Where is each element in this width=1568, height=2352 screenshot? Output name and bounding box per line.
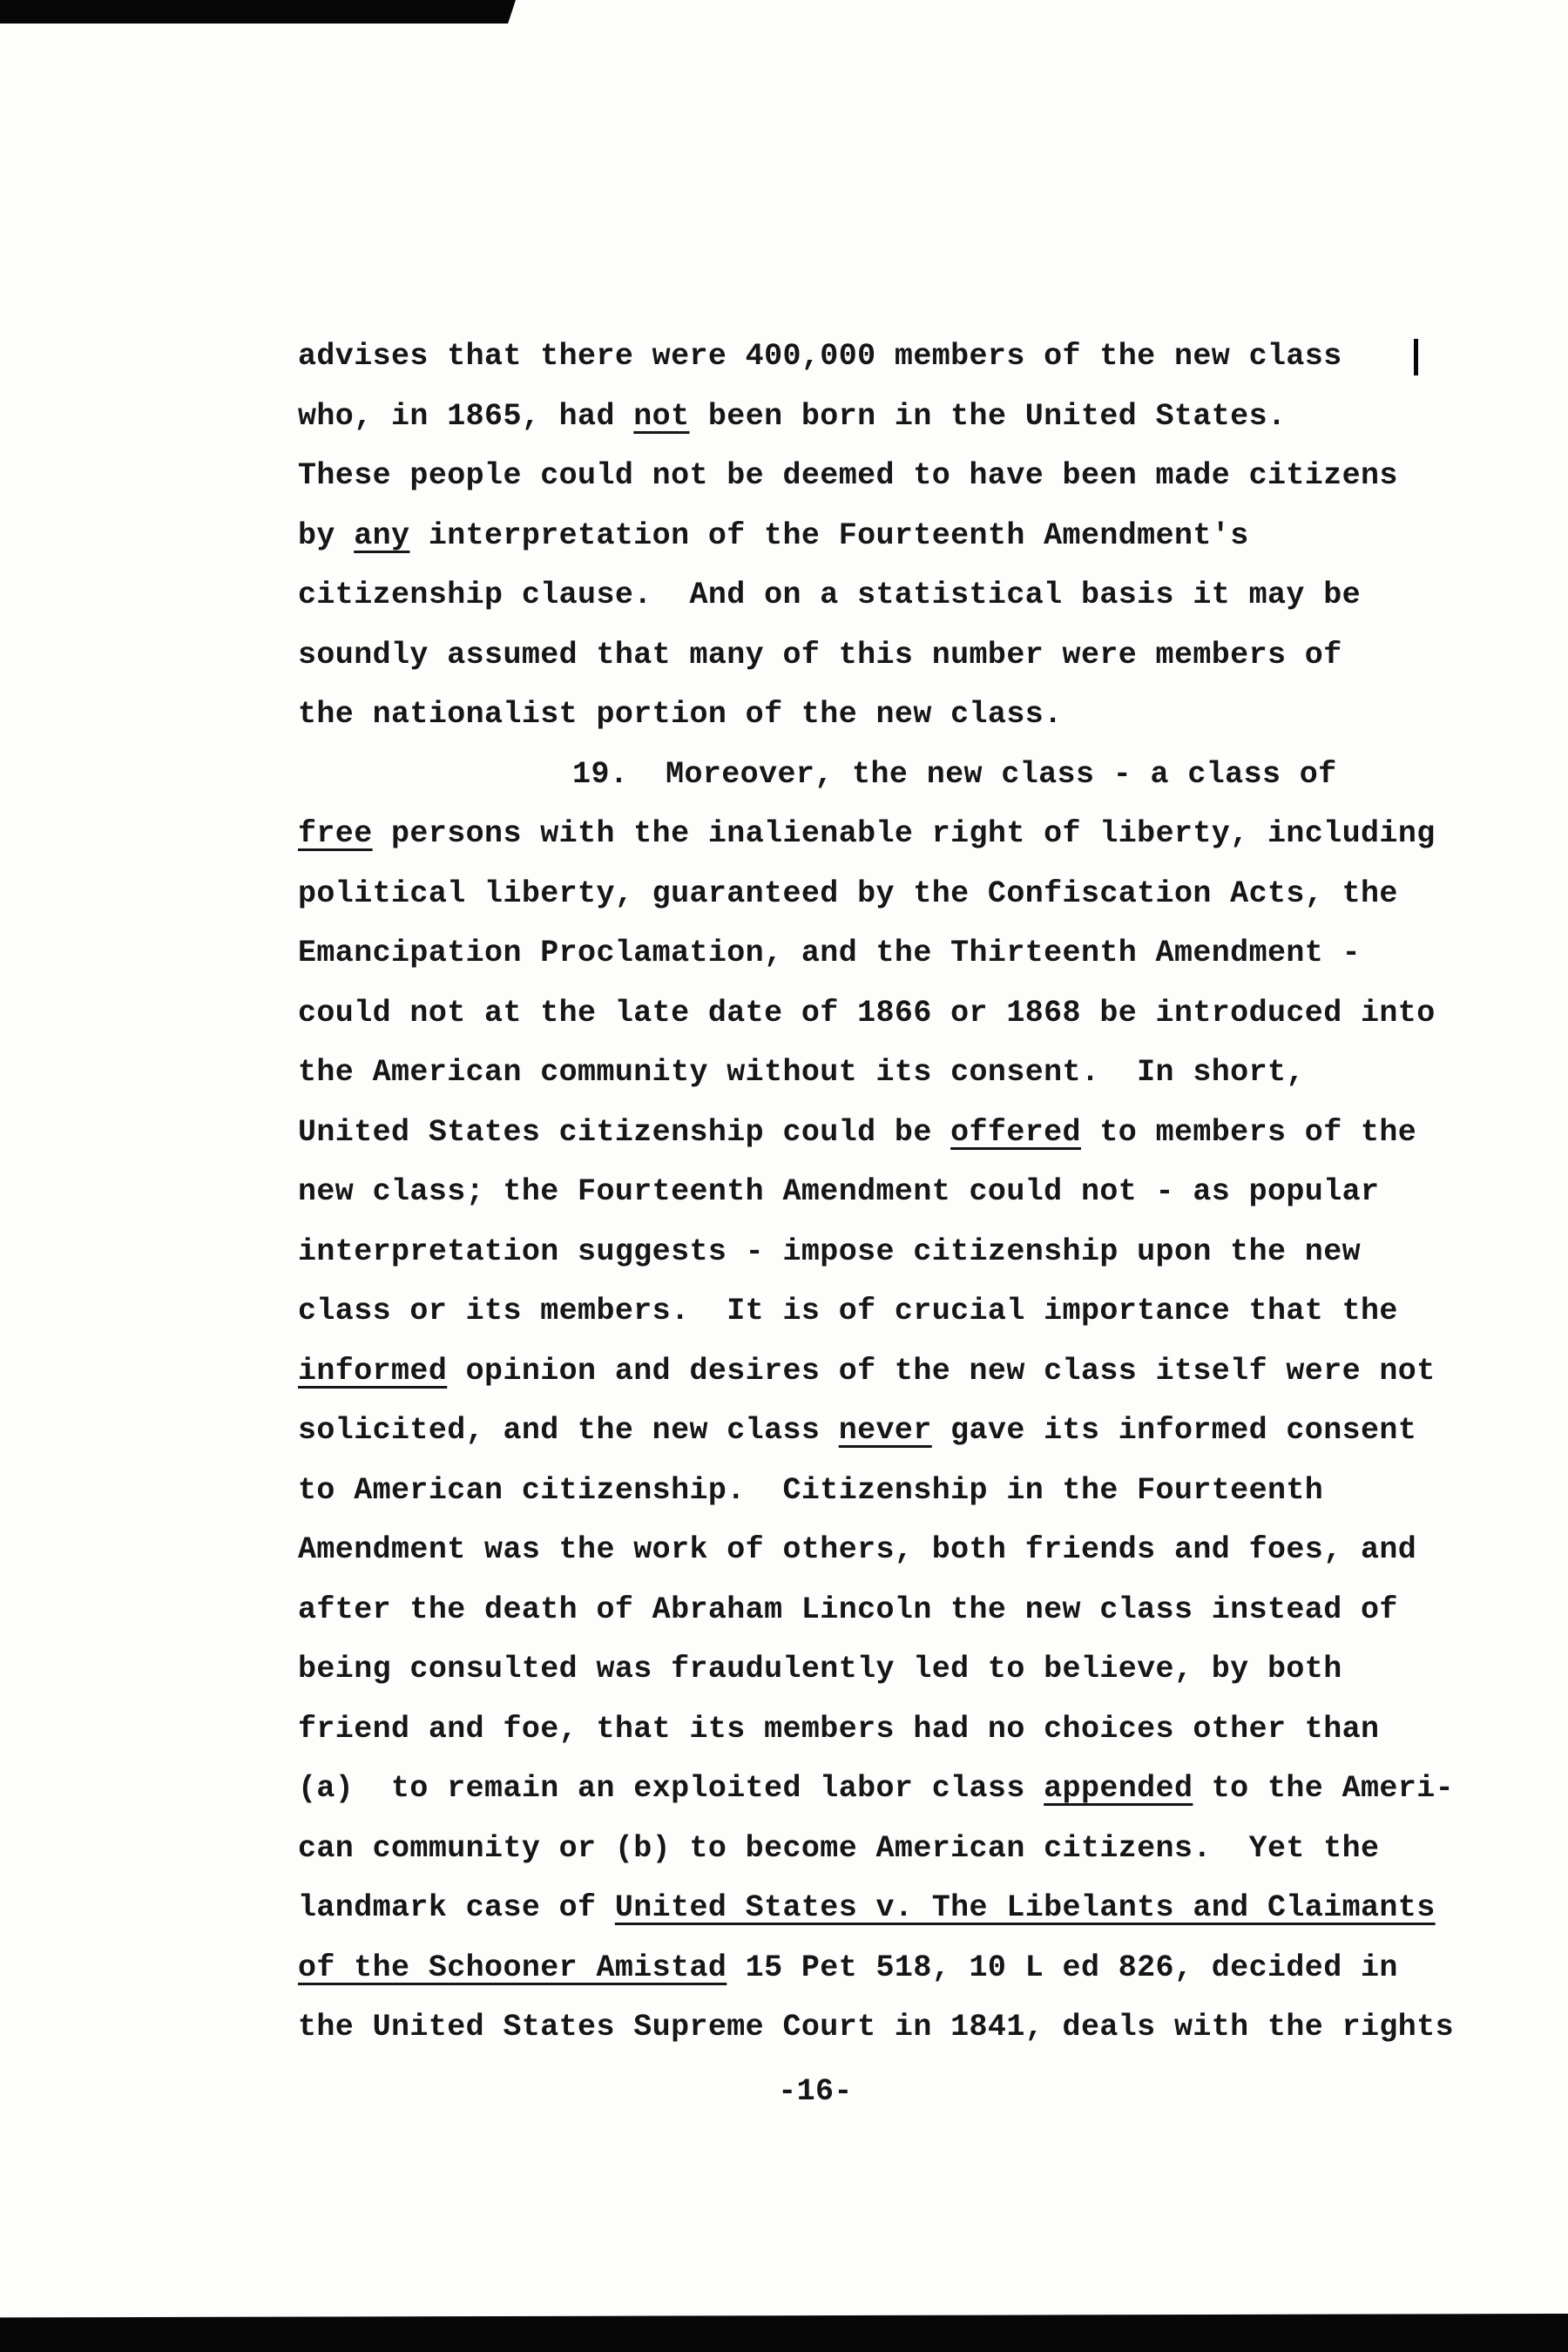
text-segment: to American citizenship. Citizenship in … bbox=[298, 1473, 1323, 1508]
scan-artifact-top-bar bbox=[0, 0, 516, 24]
text-segment: United States citizenship could be bbox=[298, 1115, 950, 1150]
underlined-text-segment: United States v. The Libelants and Claim… bbox=[615, 1890, 1436, 1925]
text-line: free persons with the inalienable right … bbox=[298, 804, 1483, 864]
underlined-text-segment: never bbox=[839, 1413, 932, 1448]
text-line: landmark case of United States v. The Li… bbox=[298, 1878, 1483, 1938]
text-segment: friend and foe, that its members had no … bbox=[298, 1712, 1379, 1747]
text-segment: advises that there were 400,000 members … bbox=[298, 339, 1342, 374]
text-line: the United States Supreme Court in 1841,… bbox=[298, 1997, 1483, 2058]
text-line: the nationalist portion of the new class… bbox=[298, 685, 1483, 745]
text-segment: to members of the bbox=[1081, 1115, 1416, 1150]
text-segment: Amendment was the work of others, both f… bbox=[298, 1532, 1416, 1567]
text-line: friend and foe, that its members had no … bbox=[298, 1700, 1483, 1760]
text-segment: the United States Supreme Court in 1841,… bbox=[298, 2010, 1454, 2044]
text-line: could not at the late date of 1866 or 18… bbox=[298, 983, 1483, 1044]
underlined-text-segment: informed bbox=[298, 1354, 447, 1389]
text-line: political liberty, guaranteed by the Con… bbox=[298, 864, 1483, 924]
text-segment: who, in 1865, had bbox=[298, 399, 633, 434]
text-line: by any interpretation of the Fourteenth … bbox=[298, 506, 1483, 566]
text-line: soundly assumed that many of this number… bbox=[298, 625, 1483, 686]
text-segment: These people could not be deemed to have… bbox=[298, 458, 1398, 493]
text-line: who, in 1865, had not been born in the U… bbox=[298, 387, 1483, 447]
text-segment: to the Ameri- bbox=[1193, 1771, 1454, 1806]
text-line: solicited, and the new class never gave … bbox=[298, 1401, 1483, 1461]
text-line: the American community without its conse… bbox=[298, 1043, 1483, 1103]
text-segment: soundly assumed that many of this number… bbox=[298, 638, 1342, 672]
text-line: informed opinion and desires of the new … bbox=[298, 1342, 1483, 1402]
text-line: of the Schooner Amistad 15 Pet 518, 10 L… bbox=[298, 1938, 1483, 1998]
text-line: 19. Moreover, the new class - a class of bbox=[298, 745, 1483, 805]
text-segment: been born in the United States. bbox=[689, 399, 1286, 434]
text-segment: 19. Moreover, the new class - a class of bbox=[572, 757, 1337, 792]
text-segment: new class; the Fourteenth Amendment coul… bbox=[298, 1174, 1379, 1209]
text-segment: can community or (b) to become American … bbox=[298, 1831, 1379, 1866]
text-line: (a) to remain an exploited labor class a… bbox=[298, 1759, 1483, 1819]
underlined-text-segment: appended bbox=[1044, 1771, 1193, 1806]
text-segment: gave its informed consent bbox=[932, 1413, 1417, 1448]
text-segment: (a) to remain an exploited labor class bbox=[298, 1771, 1044, 1806]
document-text-block: advises that there were 400,000 members … bbox=[298, 327, 1483, 2058]
text-line: to American citizenship. Citizenship in … bbox=[298, 1461, 1483, 1521]
scan-artifact-bottom-bar bbox=[0, 2314, 1568, 2352]
text-segment: the nationalist portion of the new class… bbox=[298, 697, 1063, 732]
page-number: -16- bbox=[31, 2062, 1568, 2122]
text-line: Amendment was the work of others, both f… bbox=[298, 1520, 1483, 1580]
text-segment: could not at the late date of 1866 or 18… bbox=[298, 996, 1436, 1031]
underlined-text-segment: offered bbox=[950, 1115, 1081, 1150]
text-line: class or its members. It is of crucial i… bbox=[298, 1281, 1483, 1342]
underlined-text-segment: not bbox=[633, 399, 689, 434]
underlined-text-segment: any bbox=[354, 518, 409, 553]
text-segment: 15 Pet 518, 10 L ed 826, decided in bbox=[727, 1950, 1398, 1985]
text-segment: class or its members. It is of crucial i… bbox=[298, 1294, 1398, 1328]
text-line: can community or (b) to become American … bbox=[298, 1819, 1483, 1879]
text-segment: interpretation of the Fourteenth Amendme… bbox=[409, 518, 1248, 553]
text-segment: citizenship clause. And on a statistical… bbox=[298, 578, 1361, 612]
text-line: These people could not be deemed to have… bbox=[298, 446, 1483, 506]
text-line: citizenship clause. And on a statistical… bbox=[298, 565, 1483, 625]
underlined-text-segment: free bbox=[298, 816, 373, 851]
text-segment: by bbox=[298, 518, 354, 553]
text-line: after the death of Abraham Lincoln the n… bbox=[298, 1580, 1483, 1640]
text-segment: after the death of Abraham Lincoln the n… bbox=[298, 1592, 1398, 1627]
text-segment: political liberty, guaranteed by the Con… bbox=[298, 876, 1398, 911]
text-segment: the American community without its conse… bbox=[298, 1055, 1305, 1090]
text-segment: landmark case of bbox=[298, 1890, 615, 1925]
underlined-text-segment: of the Schooner Amistad bbox=[298, 1950, 727, 1985]
text-segment: persons with the inalienable right of li… bbox=[373, 816, 1436, 851]
text-line: interpretation suggests - impose citizen… bbox=[298, 1222, 1483, 1282]
text-line: being consulted was fraudulently led to … bbox=[298, 1639, 1483, 1700]
text-line: Emancipation Proclamation, and the Thirt… bbox=[298, 923, 1483, 983]
scanned-document-page: advises that there were 400,000 members … bbox=[0, 0, 1568, 2352]
text-line: United States citizenship could be offer… bbox=[298, 1103, 1483, 1163]
text-segment: Emancipation Proclamation, and the Thirt… bbox=[298, 936, 1361, 970]
text-line: new class; the Fourteenth Amendment coul… bbox=[298, 1162, 1483, 1222]
text-segment: interpretation suggests - impose citizen… bbox=[298, 1234, 1361, 1269]
text-line: advises that there were 400,000 members … bbox=[298, 327, 1483, 387]
text-segment: solicited, and the new class bbox=[298, 1413, 839, 1448]
text-segment: opinion and desires of the new class its… bbox=[447, 1354, 1435, 1389]
text-segment: being consulted was fraudulently led to … bbox=[298, 1652, 1342, 1686]
